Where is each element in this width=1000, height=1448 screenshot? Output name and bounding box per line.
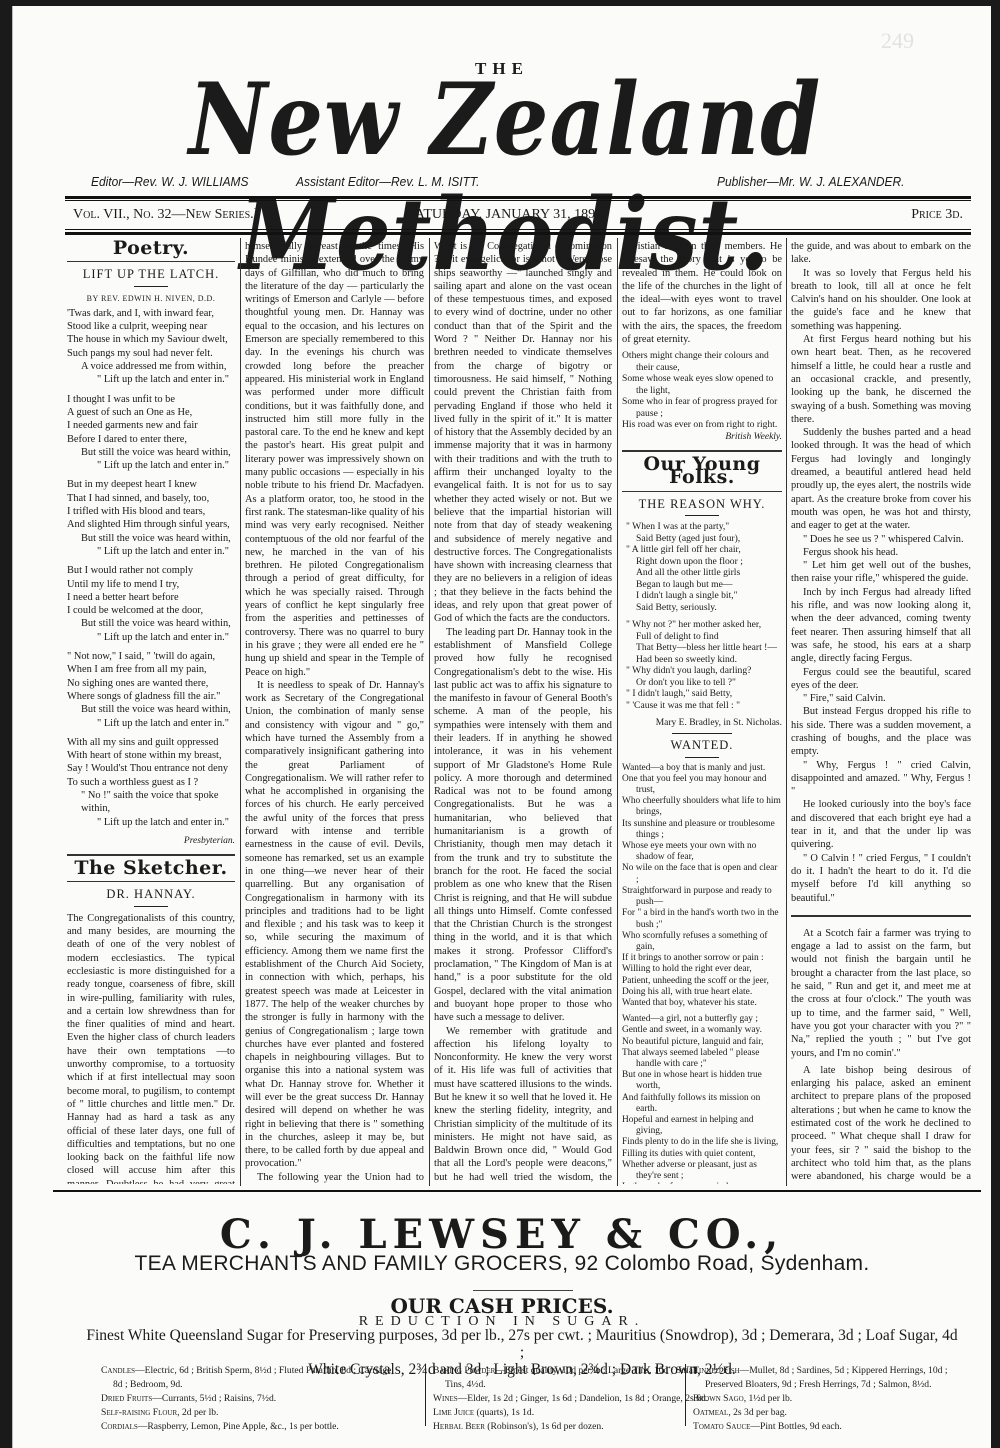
story-paragraph: But instead Fergus dropped his rifle to …: [791, 705, 971, 758]
dateline-rule-thick: [65, 232, 971, 235]
divider: [67, 881, 235, 882]
poem-body: Wanted—a boy that is manly and just.One …: [622, 763, 782, 1184]
story-paragraph: " O Calvin ! " cried Fergus, " I couldn'…: [791, 852, 971, 905]
price-item-detail: —Electric, 6d ; British Sperm, 8½d ; Flu…: [113, 1365, 394, 1390]
poem-line: Stood like a culprit, weeping near: [67, 320, 235, 333]
column-4: Christian faith in their members. He for…: [622, 240, 782, 1184]
article-text: The leading part Dr. Hannay took in the …: [434, 626, 612, 1025]
dateline: Vol. VII., No. 32—New Series.] SATURDAY,…: [65, 207, 963, 229]
poem-byline: BY REV. EDWIN H. NIVEN, D.D.: [67, 292, 235, 305]
price-item: Candles—Electric, 6d ; British Sperm, 8½…: [101, 1364, 401, 1392]
poem-line: Hopeful and earnest in helping and givin…: [622, 1115, 782, 1137]
poem-line: " Lift up the latch and enter in.": [67, 816, 235, 829]
verse-line: Some who in fear of progress prayed for …: [622, 396, 782, 419]
advert-company-name: C. J. LEWSEY & CO.,: [13, 1211, 991, 1258]
poem-line: But one in whose heart is hidden true wo…: [622, 1070, 782, 1092]
divider: [685, 757, 719, 758]
story-paragraph: the guide, and was about to embark on th…: [791, 240, 971, 267]
poem-line: Right down upon the floor ;: [622, 556, 782, 568]
column-5: the guide, and was about to embark on th…: [791, 240, 971, 1184]
price-item: Dried Fruits—Currants, 5½d ; Raisins, 7½…: [101, 1392, 401, 1406]
poem-line: " A little girl fell off her chair,: [622, 544, 782, 556]
poem-line: " Lift up the latch and enter in.": [67, 373, 235, 386]
verse-line: Others might change their colours and th…: [622, 350, 782, 373]
section-divider: [67, 854, 235, 856]
advert-rule: [53, 1190, 981, 1192]
young-folks-section-heading: Our Young Folks.: [622, 458, 782, 485]
poem-line: But still the voice was heard within,: [67, 446, 235, 459]
poem-line: Whose eye meets your own with no shadow …: [622, 841, 782, 863]
price-item: Self-raising Flour, 2d per lb.: [101, 1406, 401, 1420]
stanza: With all my sins and guilt oppressedWith…: [67, 736, 235, 829]
column-divider: [429, 238, 430, 1186]
poem-line: " Why not ?" her mother asked her,: [622, 619, 782, 631]
price-item-detail: —Currants, 5½d ; Raisins, 7½d.: [152, 1393, 276, 1404]
divider: [134, 286, 168, 287]
poem-line: A guest of such an One as He,: [67, 406, 235, 419]
price-item: Herbal Beer (Robinson's), 1s 6d per doze…: [433, 1420, 718, 1434]
price-item-detail: , 2d per lb.: [177, 1407, 218, 1418]
price-item-name: Self-raising Flour: [101, 1407, 177, 1418]
verse-line: Some whose weak eyes slow opened to the …: [622, 373, 782, 396]
poem-line: But still the voice was heard within,: [67, 617, 235, 630]
divider: [67, 261, 235, 262]
story-paragraph: " Let him get well out of the bushes, th…: [791, 559, 971, 586]
stanza: Wanted—a girl, not a butterfly gay ;Gent…: [622, 1014, 782, 1184]
story-paragraph: Suddenly the bushes parted and a head lo…: [791, 426, 971, 532]
assistant-editor-credit: Assistant Editor—Rev. L. M. ISITT.: [296, 174, 479, 189]
price-item-name: Oatmeal: [693, 1407, 728, 1418]
price-item-name: Candles: [101, 1365, 135, 1376]
poem-line: No sighing ones are wanted there,: [67, 677, 235, 690]
masthead-rule-top-thin: [65, 200, 971, 201]
price-item-name: Herbal Beer: [433, 1421, 485, 1432]
poem-line: I didn't laugh a single bit,": [622, 590, 782, 602]
price-item: Wines—Elder, 1s 2d ; Ginger, 1s 6d ; Dan…: [433, 1392, 718, 1406]
price-divider: [685, 1364, 686, 1426]
price-item-name: Baking Powder: [433, 1365, 495, 1376]
poem-line: And all the other little girls: [622, 567, 782, 579]
poem-line: Where songs of gladness fill the air.": [67, 690, 235, 703]
price-item-detail: (quarts), 1s 1d.: [474, 1407, 534, 1418]
poem-line: For " a bird in the hand's worth two in …: [622, 908, 782, 930]
poem-line: To such a worthless guest as I ?: [67, 776, 235, 789]
poem-line: " Lift up the latch and enter in.": [67, 717, 235, 730]
price-list-column: Baking Powder—Finest quality, 10d per lb…: [433, 1364, 718, 1434]
poem-line: " Lift up the latch and enter in.": [67, 459, 235, 472]
article-text: We remember with gratitude and affection…: [434, 1025, 612, 1184]
price-item-detail: —Pint Bottles, 9d each.: [750, 1421, 841, 1432]
sugar-prices-line: Finest White Queensland Sugar for Preser…: [83, 1327, 961, 1361]
volume-info: Vol. VII., No. 32—New Series.]: [73, 207, 258, 223]
poem-line: Gentle and sweet, in a womanly way.: [622, 1025, 782, 1036]
price-divider: [425, 1364, 426, 1426]
poem-line: Until my life to mend I try,: [67, 578, 235, 591]
poem-line: That Betty—bless her little heart !—: [622, 642, 782, 654]
poem-line: Had been so sweetly kind.: [622, 654, 782, 666]
poem-title: THE REASON WHY.: [622, 498, 782, 511]
price-item: Lime Juice (quarts), 1s 1d.: [433, 1406, 718, 1420]
advert-tagline: TEA MERCHANTS AND FAMILY GROCERS, 92 Col…: [13, 1252, 991, 1276]
column-divider: [786, 238, 787, 1186]
poem-line: No beautiful picture, languid and fair,: [622, 1037, 782, 1048]
poem-line: " I didn't laugh," said Betty,: [622, 688, 782, 700]
poem-line: I thought I was unfit to be: [67, 393, 235, 406]
poem-line: I need a better heart before: [67, 591, 235, 604]
poem-title: WANTED.: [622, 739, 782, 752]
price-list-column: Tinned Fish—Mullet, 8d ; Sardines, 5d ; …: [693, 1364, 983, 1434]
poem-body: " When I was at the party,"Said Betty (a…: [622, 521, 782, 711]
page-number: 249: [881, 28, 914, 54]
divider: [134, 906, 168, 907]
price-item-detail: —Raspberry, Lemon, Pine Apple, &c., 1s p…: [138, 1421, 339, 1432]
poem-line: Finds plenty to do in the life she is li…: [622, 1137, 782, 1148]
price-item-detail: —Mullet, 8d ; Sardines, 5d ; Kippered He…: [705, 1365, 948, 1390]
poem-line: Wanted that boy, whatever his state.: [622, 998, 782, 1009]
story-continued: the guide, and was about to embark on th…: [791, 240, 971, 905]
story-paragraph: Fergus could see the beautiful, scared e…: [791, 666, 971, 693]
poem-line: Straightforward in purpose and ready to …: [622, 886, 782, 908]
story-paragraph: Fergus shook his head.: [791, 546, 971, 559]
poem-credit: Mary E. Bradley, in St. Nicholas.: [622, 717, 782, 730]
price-item-detail: , 2s 3d per bag.: [728, 1407, 787, 1418]
poem-line: With heart of stone within my breast,: [67, 749, 235, 762]
stanza: Wanted—a boy that is manly and just.One …: [622, 763, 782, 1009]
poem-line: When I am free from all my pain,: [67, 663, 235, 676]
poem-line: But still the voice was heard within,: [67, 532, 235, 545]
story-paragraph: " Fire," said Calvin.: [791, 692, 971, 705]
price-item-name: Cordials: [101, 1421, 138, 1432]
poem-line: " Not now," I said, " 'twill do again,: [67, 650, 235, 663]
price-item-detail: (Robinson's), 1s 6d per dozen.: [485, 1421, 604, 1432]
poem-line: " 'Cause it was me that fell : ": [622, 700, 782, 712]
article-title: DR. HANNAY.: [67, 888, 235, 901]
verse-line: His road was ever on from right to right…: [622, 419, 782, 431]
poem-line: Who scornfully refuses a something of ga…: [622, 931, 782, 953]
poem-line: Or don't you like to tell ?": [622, 677, 782, 689]
article-text: The following year the Union had to face…: [245, 1171, 424, 1184]
poem-line: And slighted Him through sinful years,: [67, 518, 235, 531]
anecdote-bishop: A late bishop being desirous of enlargin…: [791, 1064, 971, 1184]
poem-line: That I had sinned, and basely, too,: [67, 492, 235, 505]
anecdote-scotch-fair: At a Scotch fair a farmer was trying to …: [791, 927, 971, 1060]
price-item: Brown Sago, 1½d per lb.: [693, 1392, 983, 1406]
article-text: himself fully abreast of the times. His …: [245, 240, 424, 679]
price-item-name: Tomato Sauce: [693, 1421, 750, 1432]
stanza: " Why not ?" her mother asked her,Full o…: [622, 619, 782, 711]
article-credit: British Weekly.: [622, 431, 782, 444]
article-text: It is needless to speak of Dr. Hannay's …: [245, 679, 424, 1171]
poem-line: But I would rather not comply: [67, 564, 235, 577]
price-item-name: Dried Fruits: [101, 1393, 152, 1404]
newspaper-page: 249 THE New Zealand Methodist. Editor—Re…: [12, 6, 991, 1448]
poem-line: If it brings to another sorrow or pain :: [622, 953, 782, 964]
price-item-name: Brown Sago: [693, 1393, 744, 1404]
price-item-name: Lime Juice: [433, 1407, 474, 1418]
poem-line: Say ! Would'st Thou entrance not deny: [67, 762, 235, 775]
poem-line: Doing his all, with true heart elate.: [622, 987, 782, 998]
poem-line: No wile on the face that is open and cle…: [622, 863, 782, 885]
story-paragraph: " Why, Fergus ! " cried Calvin, disappoi…: [791, 759, 971, 799]
sketcher-section-heading: The Sketcher.: [67, 862, 235, 875]
poetry-section-heading: Poetry.: [67, 242, 235, 255]
poem-line: " Lift up the latch and enter in.": [67, 631, 235, 644]
price-item-detail: , 1½d per lb.: [744, 1393, 793, 1404]
price-item: Oatmeal, 2s 3d per bag.: [693, 1406, 983, 1420]
column-2: himself fully abreast of the times. His …: [245, 240, 424, 1184]
poem-line: Full of delight to find: [622, 631, 782, 643]
price-item: Tinned Fish—Mullet, 8d ; Sardines, 5d ; …: [693, 1364, 983, 1392]
poem-line: Its sunshine and pleasure or troublesome…: [622, 819, 782, 841]
poem-line: " Why didn't you laugh, darling?: [622, 665, 782, 677]
column-divider: [240, 238, 241, 1186]
poem-line: A voice addressed me from within,: [67, 360, 235, 373]
stanza: " Not now," I said, " 'twill do again,Wh…: [67, 650, 235, 730]
poem-line: With all my sins and guilt oppressed: [67, 736, 235, 749]
poem-line: The house in which my Saviour dwelt,: [67, 333, 235, 346]
poem-body: 'Twas dark, and I, with inward fear,Stoo…: [67, 307, 235, 829]
poem-line: Wanted—a boy that is manly and just.: [622, 763, 782, 774]
article-text: What is the Congregational denomination …: [434, 240, 612, 626]
poem-line: One that you feel you may honour and tru…: [622, 774, 782, 796]
poem-line: That always seemed labeled " please hand…: [622, 1048, 782, 1070]
poem-line: Said Betty (aged just four),: [622, 533, 782, 545]
poem-credit: Presbyterian.: [67, 835, 235, 848]
poem-line: " When I was at the party,": [622, 521, 782, 533]
poem-line: " Lift up the latch and enter in.": [67, 545, 235, 558]
story-paragraph: It was so lovely that Fergus held his br…: [791, 267, 971, 333]
editor-credit: Editor—Rev. W. J. WILLIAMS: [91, 174, 249, 189]
column-divider: [617, 238, 618, 1186]
poem-line: I needed garments new and fair: [67, 419, 235, 432]
column-3: What is the Congregational denomination …: [434, 240, 612, 1184]
poem-line: 'Twas dark, and I, with inward fear,: [67, 307, 235, 320]
price-item-name: Wines: [433, 1393, 458, 1404]
stanza: 'Twas dark, and I, with inward fear,Stoo…: [67, 307, 235, 387]
stanza: " When I was at the party,"Said Betty (a…: [622, 521, 782, 613]
price-item-name: Tinned Fish: [693, 1365, 740, 1376]
column-1: Poetry. LIFT UP THE LATCH. BY REV. EDWIN…: [67, 240, 235, 1184]
price-item-detail: —Elder, 1s 2d ; Ginger, 1s 6d ; Dandelio…: [458, 1393, 709, 1404]
section-divider: [791, 915, 971, 917]
poem-line: Whether adverse or pleasant, just as the…: [622, 1160, 782, 1182]
poem-line: Before I dared to enter there,: [67, 433, 235, 446]
stanza: But in my deepest heart I knewThat I had…: [67, 478, 235, 558]
poem-line: I could be welcomed at the door,: [67, 604, 235, 617]
poem-line: Who cheerfully shoulders what life to hi…: [622, 796, 782, 818]
poem-line: " No !" saith the voice that spoke withi…: [67, 789, 235, 816]
article-text: The Congregationalists of this country, …: [67, 912, 235, 1184]
price-item: Baking Powder—Finest quality, 10d per lb…: [433, 1364, 718, 1392]
poem-line: I trifled with His blood and tears,: [67, 505, 235, 518]
poem-line: Willing to hold the right ever dear,: [622, 964, 782, 975]
story-paragraph: " Does he see us ? " whispered Calvin.: [791, 533, 971, 546]
publisher-credit: Publisher—Mr. W. J. ALEXANDER.: [717, 174, 904, 189]
divider: [672, 733, 732, 734]
issue-date: SATURDAY, JANUARY 31, 1891.: [407, 207, 606, 223]
divider: [685, 515, 719, 516]
poem-line: Wanted—a girl, not a butterfly gay ;: [622, 1014, 782, 1025]
poem-line: In the garb of a queen or in homespun ar…: [622, 1182, 782, 1184]
poem-line: Such pangs my soul had never felt.: [67, 347, 235, 360]
ornament-divider: [473, 1290, 573, 1291]
poem-line: Said Betty, seriously.: [622, 602, 782, 614]
story-paragraph: At first Fergus heard nothing but his ow…: [791, 333, 971, 426]
story-paragraph: He looked curiously into the boy's face …: [791, 798, 971, 851]
dateline-rule: [65, 229, 971, 230]
closing-verse: Others might change their colours and th…: [622, 350, 782, 431]
poem-line: But in my deepest heart I knew: [67, 478, 235, 491]
poem-line: But still the voice was heard within,: [67, 703, 235, 716]
poem-line: Patient, unheeding the scoff or the jeer…: [622, 976, 782, 987]
story-paragraph: Inch by inch Fergus had already lifted h…: [791, 586, 971, 666]
poem-line: And faithfully follows its mission on ea…: [622, 1093, 782, 1115]
poem-line: Filling its duties with quiet content,: [622, 1149, 782, 1160]
stanza: I thought I was unfit to beA guest of su…: [67, 393, 235, 473]
poem-title: LIFT UP THE LATCH.: [67, 268, 235, 281]
price-item: Cordials—Raspberry, Lemon, Pine Apple, &…: [101, 1420, 401, 1434]
article-text: Christian faith in their members. He for…: [622, 240, 782, 346]
divider: [622, 491, 782, 492]
masthead-rule-top: [65, 196, 971, 199]
price: Price 3d.: [911, 207, 963, 223]
price-list-column: Candles—Electric, 6d ; British Sperm, 8½…: [101, 1364, 401, 1434]
price-item: Tomato Sauce—Pint Bottles, 9d each.: [693, 1420, 983, 1434]
stanza: But I would rather not complyUntil my li…: [67, 564, 235, 644]
poem-line: Began to laugh but me—: [622, 579, 782, 591]
section-divider: [622, 450, 782, 452]
